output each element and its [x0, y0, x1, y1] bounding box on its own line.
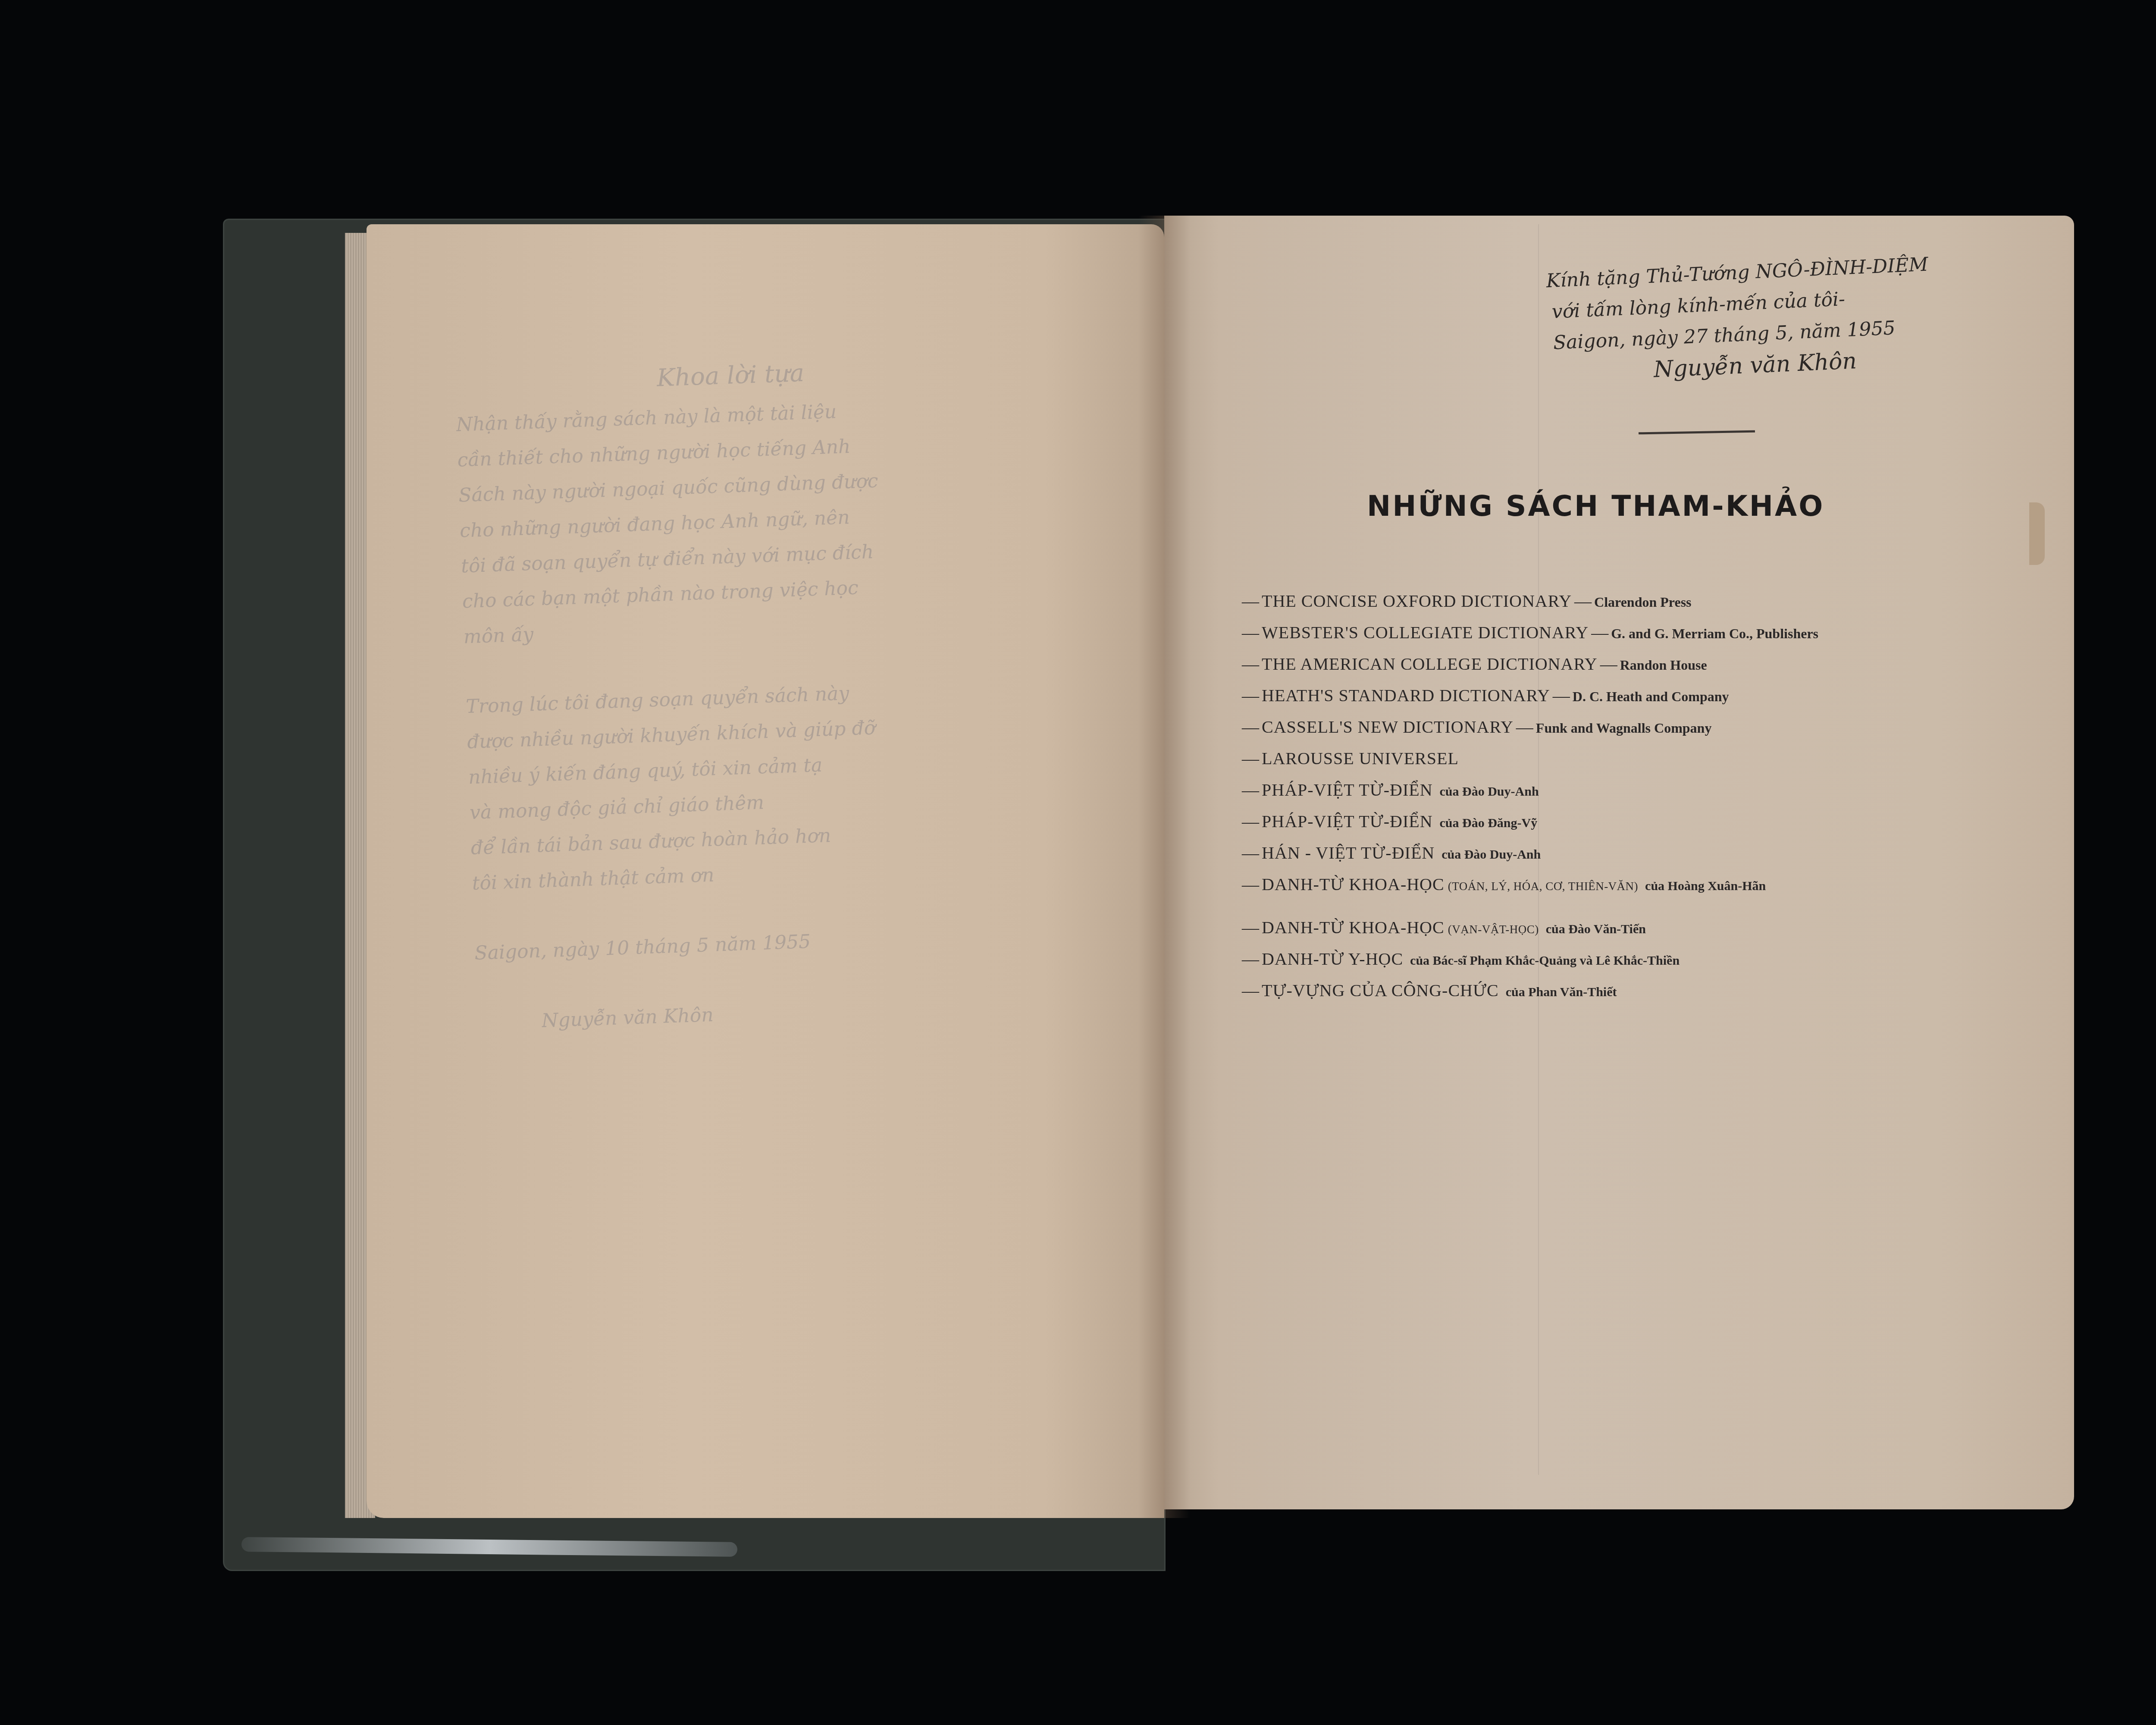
reference-item: — DANH-TỪ KHOA-HỌC (TOÁN, LÝ, HÓA, CƠ, T… — [1242, 874, 2018, 917]
reference-note: (VẠN-VẬT-HỌC) — [1448, 923, 1539, 936]
reference-title: CASSELL'S NEW DICTIONARY — [1262, 717, 1514, 737]
reference-title: THE CONCISE OXFORD DICTIONARY — [1262, 591, 1572, 611]
reference-title: PHÁP-VIỆT TỪ-ĐIỂN — [1262, 811, 1433, 831]
reference-publisher: Randon House — [1620, 657, 1707, 673]
reference-item: — TỰ-VỰNG CỦA CÔNG-CHỨC của Phan Văn-Thi… — [1242, 980, 2018, 1012]
reference-item: — DANH-TỪ KHOA-HỌC (VẠN-VẬT-HỌC) của Đào… — [1242, 917, 2018, 949]
open-book: Khoa lời tựa Nhận thấy rằng sách này là … — [0, 0, 2156, 1725]
reference-publisher: D. C. Heath and Company — [1573, 689, 1729, 705]
reference-title: HÁN - VIỆT TỪ-ĐIỂN — [1262, 843, 1435, 863]
reference-list: — THE CONCISE OXFORD DICTIONARY — Claren… — [1242, 591, 2018, 1012]
reference-title: TỰ-VỰNG CỦA CÔNG-CHỨC — [1262, 980, 1499, 1000]
left-page-handwriting: Khoa lời tựa Nhận thấy rằng sách này là … — [454, 348, 1029, 1041]
reference-item: — DANH-TỪ Y-HỌC của Bác-sĩ Phạm Khắc-Quả… — [1242, 949, 2018, 980]
reference-item: — HEATH'S STANDARD DICTIONARY — D. C. He… — [1242, 685, 2018, 717]
reference-author: của Đào Văn-Tiến — [1546, 922, 1646, 937]
reference-title: THE AMERICAN COLLEGE DICTIONARY — [1262, 654, 1598, 674]
handwritten-dedication: Kính tặng Thủ-Tướng NGÔ-ĐÌNH-DIỆM với tấ… — [1545, 243, 2068, 390]
reference-item: — PHÁP-VIỆT TỪ-ĐIỂN của Đào Đăng-Vỹ — [1242, 811, 2018, 843]
book-gutter — [1138, 216, 1190, 1518]
reference-author: của Đào Đăng-Vỹ — [1440, 816, 1538, 831]
reference-publisher: G. and G. Merriam Co., Publishers — [1611, 626, 1818, 642]
reference-note: (TOÁN, LÝ, HÓA, CƠ, THIÊN-VĂN) — [1448, 880, 1638, 893]
reference-item: — WEBSTER'S COLLEGIATE DICTIONARY — G. a… — [1242, 622, 2018, 654]
reference-author: của Phan Văn-Thiết — [1506, 985, 1617, 1000]
reference-item: — PHÁP-VIỆT TỪ-ĐIỂN của Đào Duy-Anh — [1242, 780, 2018, 811]
reference-item: — THE AMERICAN COLLEGE DICTIONARY — Rand… — [1242, 654, 2018, 685]
reference-item: — HÁN - VIỆT TỪ-ĐIỂN của Đào Duy-Anh — [1242, 843, 2018, 874]
reference-title: HEATH'S STANDARD DICTIONARY — [1262, 685, 1550, 706]
reference-author: của Hoàng Xuân-Hãn — [1645, 879, 1766, 894]
reference-title: DANH-TỪ KHOA-HỌC — [1262, 917, 1445, 938]
reference-author: của Đào Duy-Anh — [1442, 847, 1541, 862]
reference-author: của Bác-sĩ Phạm Khắc-Quảng và Lê Khắc-Th… — [1410, 953, 1680, 968]
page-tab-stub — [2029, 502, 2045, 565]
reference-item: — THE CONCISE OXFORD DICTIONARY — Claren… — [1242, 591, 2018, 622]
reference-title: DANH-TỪ KHOA-HỌC — [1262, 874, 1445, 894]
page-heading: NHỮNG SÁCH THAM-KHẢO — [1367, 489, 1824, 523]
reference-publisher: Clarendon Press — [1594, 594, 1692, 610]
reference-title: WEBSTER'S COLLEGIATE DICTIONARY — [1262, 622, 1589, 643]
reference-author: của Đào Duy-Anh — [1440, 784, 1539, 799]
reference-title: DANH-TỪ Y-HỌC — [1262, 949, 1403, 969]
reference-title: LAROUSSE UNIVERSEL — [1262, 748, 1459, 768]
reference-item: — CASSELL'S NEW DICTIONARY — Funk and Wa… — [1242, 717, 2018, 748]
reference-item: — LAROUSSE UNIVERSEL — [1242, 748, 2018, 780]
reference-publisher: Funk and Wagnalls Company — [1536, 720, 1712, 736]
reference-title: PHÁP-VIỆT TỪ-ĐIỂN — [1262, 780, 1433, 800]
